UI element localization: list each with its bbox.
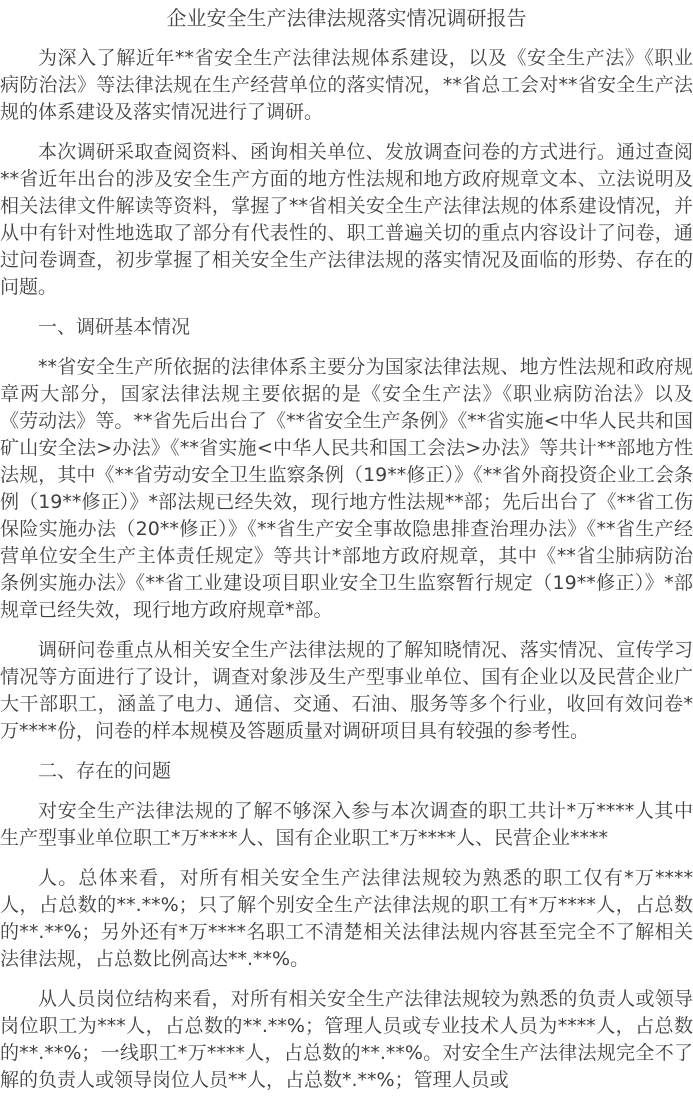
paragraph-familiarity-stats: 人。总体来看，对所有相关安全生产法律法规较为熟悉的职工仅有*万****人，占总数… bbox=[0, 865, 693, 973]
paragraph-participants: 对安全生产法律法规的了解不够深入参与本次调查的职工共计*万****人其中生产型事… bbox=[0, 798, 693, 852]
paragraph-methodology: 本次调研采取查阅资料、函询相关单位、发放调查问卷的方式进行。通过查阅**省近年出… bbox=[0, 139, 693, 301]
section-heading-1: 一、调研基本情况 bbox=[0, 314, 693, 341]
section-heading-2: 二、存在的问题 bbox=[0, 758, 693, 785]
paragraph-position-structure: 从人员岗位结构来看，对所有相关安全生产法律法规较为熟悉的负责人或领导岗位职工为*… bbox=[0, 986, 693, 1094]
document-title: 企业安全生产法律法规落实情况调研报告 bbox=[0, 4, 693, 32]
paragraph-survey-design: 调研问卷重点从相关安全生产法律法规的了解知晓情况、落实情况、宣传学习情况等方面进… bbox=[0, 637, 693, 745]
document-page: { "colors": { "text": "#404040", "backgr… bbox=[0, 0, 693, 1097]
report-document: 企业安全生产法律法规落实情况调研报告 为深入了解近年**省安全生产法律法规体系建… bbox=[0, 0, 693, 1094]
paragraph-intro: 为深入了解近年**省安全生产法律法规体系建设，以及《安全生产法》《职业病防治法》… bbox=[0, 45, 693, 126]
paragraph-legal-system: **省安全生产所依据的法律体系主要分为国家法律法规、地方性法规和政府规章两大部分… bbox=[0, 354, 693, 624]
